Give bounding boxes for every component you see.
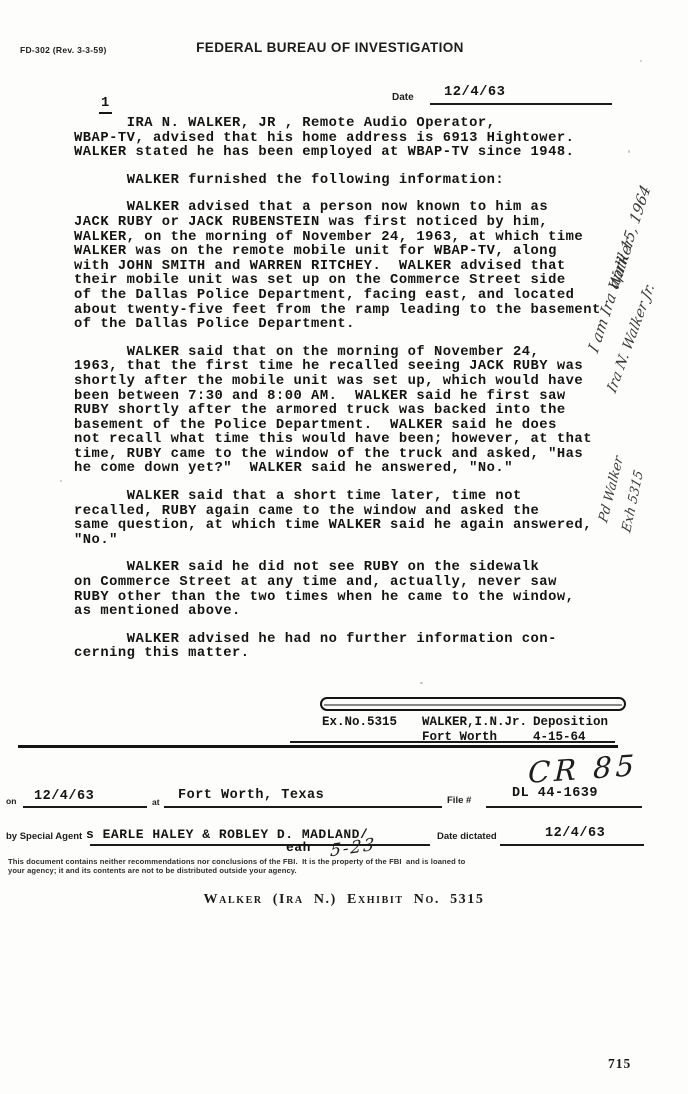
on-underline: [23, 806, 147, 808]
exhibit-stamp-oval: [320, 697, 626, 711]
scan-speckle: [210, 560, 212, 562]
typist-initials: eah: [286, 840, 311, 855]
stamp-witness-name: WALKER,I.N.Jr.: [422, 715, 527, 729]
paragraph-2: WALKER furnished the following informati…: [74, 174, 636, 189]
paragraph-1: IRA N. WALKER, JR , Remote Audio Operato…: [74, 117, 636, 161]
scan-speckle: [640, 60, 642, 62]
paragraph-3: WALKER advised that a person now known t…: [74, 201, 636, 332]
on-value: 12/4/63: [34, 789, 94, 804]
stamp-exhibit-number: Ex.No.5315: [322, 715, 397, 731]
date-dictated-label: Date dictated: [437, 831, 497, 842]
form-number: FD-302 (Rev. 3-3-59): [20, 45, 107, 55]
agents-value: s EARLE HALEY & ROBLEY D. MADLAND/: [86, 827, 368, 842]
report-body: IRA N. WALKER, JR , Remote Audio Operato…: [74, 117, 636, 675]
agency-title: FEDERAL BUREAU OF INVESTIGATION: [150, 40, 510, 55]
divider-line-thin: [290, 741, 615, 743]
scan-speckle: [60, 480, 62, 482]
scan-speckle: [420, 682, 423, 684]
file-label: File #: [447, 795, 471, 806]
paragraph-5: WALKER said that a short time later, tim…: [74, 490, 636, 548]
page-marker: 1: [99, 96, 112, 114]
date-label: Date: [392, 92, 414, 103]
paragraph-4: WALKER said that on the morning of Novem…: [74, 346, 636, 477]
at-underline: [164, 806, 442, 808]
divider-line-thick: [18, 745, 618, 748]
stamp-doc-type: Deposition: [533, 715, 608, 729]
on-label: on: [6, 796, 16, 806]
date-dictated-value: 12/4/63: [545, 826, 605, 841]
date-underline: [430, 103, 612, 105]
agents-underline: [90, 844, 430, 846]
book-page-number: 715: [608, 1056, 631, 1072]
handwritten-cr-number: CR 85: [528, 748, 639, 790]
date-value: 12/4/63: [444, 85, 505, 100]
fbi-disclaimer: This document contains neither recommend…: [8, 857, 682, 875]
paragraph-7: WALKER advised he had no further informa…: [74, 633, 636, 662]
paragraph-6: WALKER said he did not see RUBY on the s…: [74, 561, 636, 619]
at-value: Fort Worth, Texas: [178, 788, 324, 803]
at-label: at: [152, 797, 160, 807]
file-value: DL 44-1639: [512, 786, 598, 801]
scanned-document-page: FD-302 (Rev. 3-3-59) FEDERAL BUREAU OF I…: [0, 0, 688, 1094]
file-underline: [486, 806, 642, 808]
scan-speckle: [628, 150, 630, 153]
date-dictated-underline: [500, 844, 644, 846]
special-agent-label: by Special Agent: [6, 831, 82, 842]
exhibit-caption: Walker (Ira N.) Exhibit No. 5315: [0, 892, 688, 908]
